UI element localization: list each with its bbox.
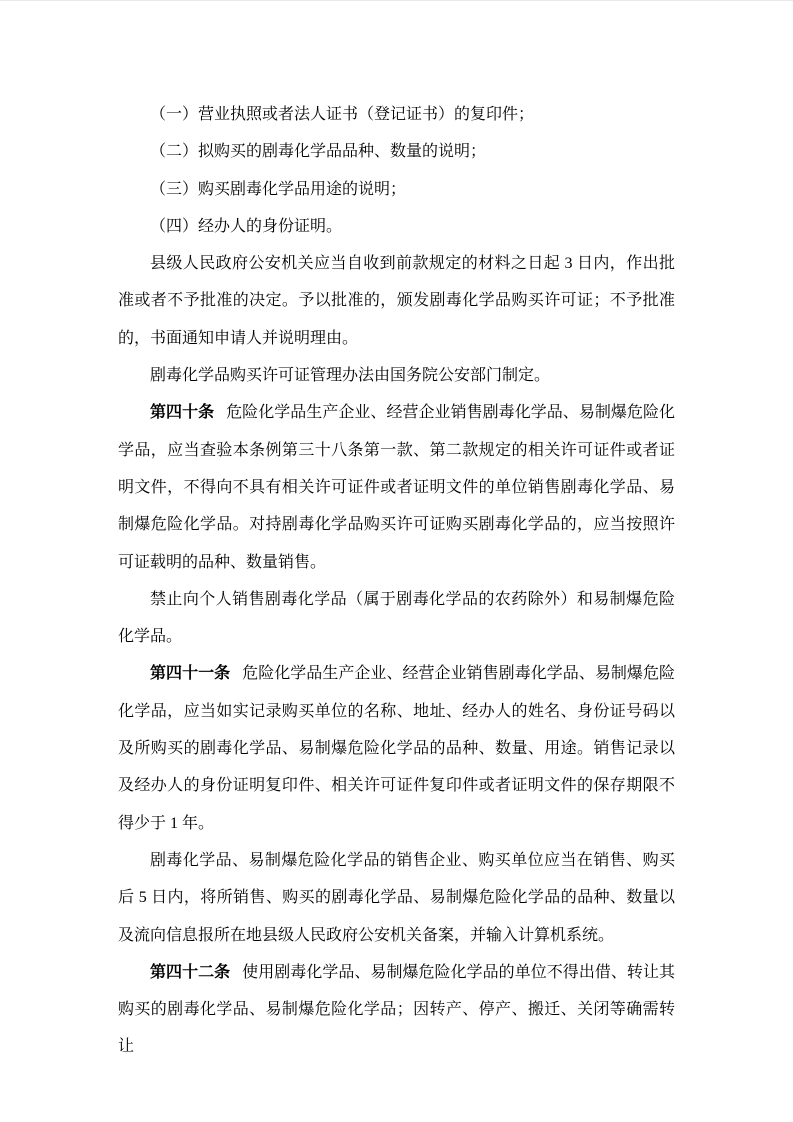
paragraph-text: 禁止向个人销售剧毒化学品（属于剧毒化学品的农药除外）和易制爆危险化学品。	[118, 591, 675, 645]
article-number: 第四十二条	[150, 964, 230, 981]
list-item-4: （四）经办人的身份证明。	[118, 208, 675, 245]
paragraph-text: 剧毒化学品、易制爆危险化学品的销售企业、购买单位应当在销售、购买后 5 日内，将…	[118, 852, 675, 944]
list-item-3: （三）购买剧毒化学品用途的说明；	[118, 171, 675, 208]
paragraph-text: （一）营业执照或者法人证书（登记证书）的复印件；	[150, 106, 534, 123]
paragraph-text: （三）购买剧毒化学品用途的说明；	[150, 181, 406, 198]
approval-decision-paragraph: 县级人民政府公安机关应当自收到前款规定的材料之日起 3 日内，作出批准或者不予批…	[118, 245, 675, 357]
paragraph-text: 剧毒化学品购买许可证管理办法由国务院公安部门制定。	[150, 367, 550, 384]
license-measures-paragraph: 剧毒化学品购买许可证管理办法由国务院公安部门制定。	[118, 357, 675, 394]
list-item-1: （一）营业执照或者法人证书（登记证书）的复印件；	[118, 96, 675, 133]
document-text-block: （一）营业执照或者法人证书（登记证书）的复印件； （二）拟购买的剧毒化学品品种、…	[118, 96, 675, 1066]
document-page: （一）营业执照或者法人证书（登记证书）的复印件； （二）拟购买的剧毒化学品品种、…	[0, 0, 793, 1122]
article-41-paragraph-2: 剧毒化学品、易制爆危险化学品的销售企业、购买单位应当在销售、购买后 5 日内，将…	[118, 842, 675, 954]
paragraph-text: 危险化学品生产企业、经营企业销售剧毒化学品、易制爆危险化学品，应当查验本条例第三…	[118, 404, 675, 570]
article-40-paragraph-2: 禁止向个人销售剧毒化学品（属于剧毒化学品的农药除外）和易制爆危险化学品。	[118, 581, 675, 656]
paragraph-text: （四）经办人的身份证明。	[150, 218, 342, 235]
article-41-paragraph: 第四十一条危险化学品生产企业、经营企业销售剧毒化学品、易制爆危险化学品，应当如实…	[118, 655, 675, 841]
article-40-paragraph: 第四十条危险化学品生产企业、经营企业销售剧毒化学品、易制爆危险化学品，应当查验本…	[118, 394, 675, 580]
paragraph-text: 县级人民政府公安机关应当自收到前款规定的材料之日起 3 日内，作出批准或者不予批…	[118, 255, 675, 347]
paragraph-text: （二）拟购买的剧毒化学品品种、数量的说明；	[150, 143, 486, 160]
article-number: 第四十一条	[150, 665, 230, 682]
article-number: 第四十条	[150, 404, 214, 421]
list-item-2: （二）拟购买的剧毒化学品品种、数量的说明；	[118, 133, 675, 170]
article-42-paragraph: 第四十二条使用剧毒化学品、易制爆危险化学品的单位不得出借、转让其购买的剧毒化学品…	[118, 954, 675, 1066]
paragraph-text: 危险化学品生产企业、经营企业销售剧毒化学品、易制爆危险化学品，应当如实记录购买单…	[118, 665, 675, 831]
